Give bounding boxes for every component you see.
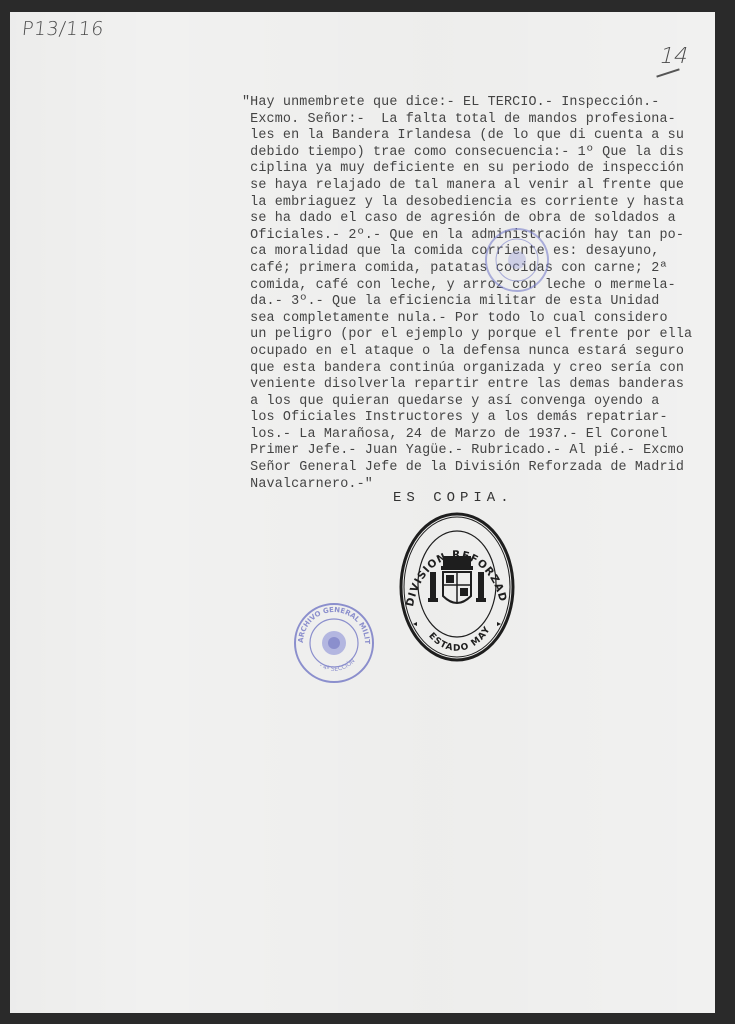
archive-stamp-icon: ARCHIVO GENERAL MILITAR DE ÁVILA - 4ª SE… [293,602,375,684]
svg-text:- 4ª SECCIÓN: - 4ª SECCIÓN [318,657,357,672]
folio-number: 14 [657,44,691,69]
archive-reference: P13/116 [21,18,105,40]
body-line: Señor General Jefe de la División Reforz… [242,460,735,477]
division-stamp-icon: DIVISION REFORZADA DE MADRID ESTADO MAYO… [399,512,515,662]
body-line: un peligro (por el ejemplo y porque el f… [242,327,735,344]
body-line: "Hay unmembrete que dice:- EL TERCIO.- I… [242,95,735,112]
typewritten-body: "Hay unmembrete que dice:- EL TERCIO.- I… [242,95,735,493]
body-line: se haya relajado de tal manera al venir … [242,178,735,195]
folio-underline [656,68,679,77]
document-page: P13/116 14 "Hay unmembrete que dice:- EL… [10,12,715,1013]
certification-text: ES COPIA. [393,490,514,506]
body-line: debido tiempo) trae como consecuencia:- … [242,145,735,162]
body-line: veniente disolverla repartir entre las d… [242,377,735,394]
body-line: ocupado en el ataque o la defensa nunca … [242,344,735,361]
body-line: sea completamente nula.- Por todo lo cua… [242,311,735,328]
body-line: la embriaguez y la desobediencia es corr… [242,195,735,212]
body-line: los.- La Marañosa, 24 de Marzo de 1937.-… [242,427,735,444]
body-line: da.- 3º.- Que la eficiencia militar de e… [242,294,735,311]
body-line: se ha dado el caso de agresión de obra d… [242,211,735,228]
body-line: Primer Jefe.- Juan Yagüe.- Rubricado.- A… [242,443,735,460]
body-line: a los que quieran quedarse y así conveng… [242,394,735,411]
archive-stamp-faint-icon [484,227,550,293]
body-line: que esta bandera continúa organizada y c… [242,361,735,378]
body-line: Excmo. Señor:- La falta total de mandos … [242,112,735,129]
body-line: les en la Bandera Irlandesa (de lo que d… [242,128,735,145]
body-line: los Oficiales Instructores y a los demás… [242,410,735,427]
body-line: ciplina ya muy deficiente en su periodo … [242,161,735,178]
